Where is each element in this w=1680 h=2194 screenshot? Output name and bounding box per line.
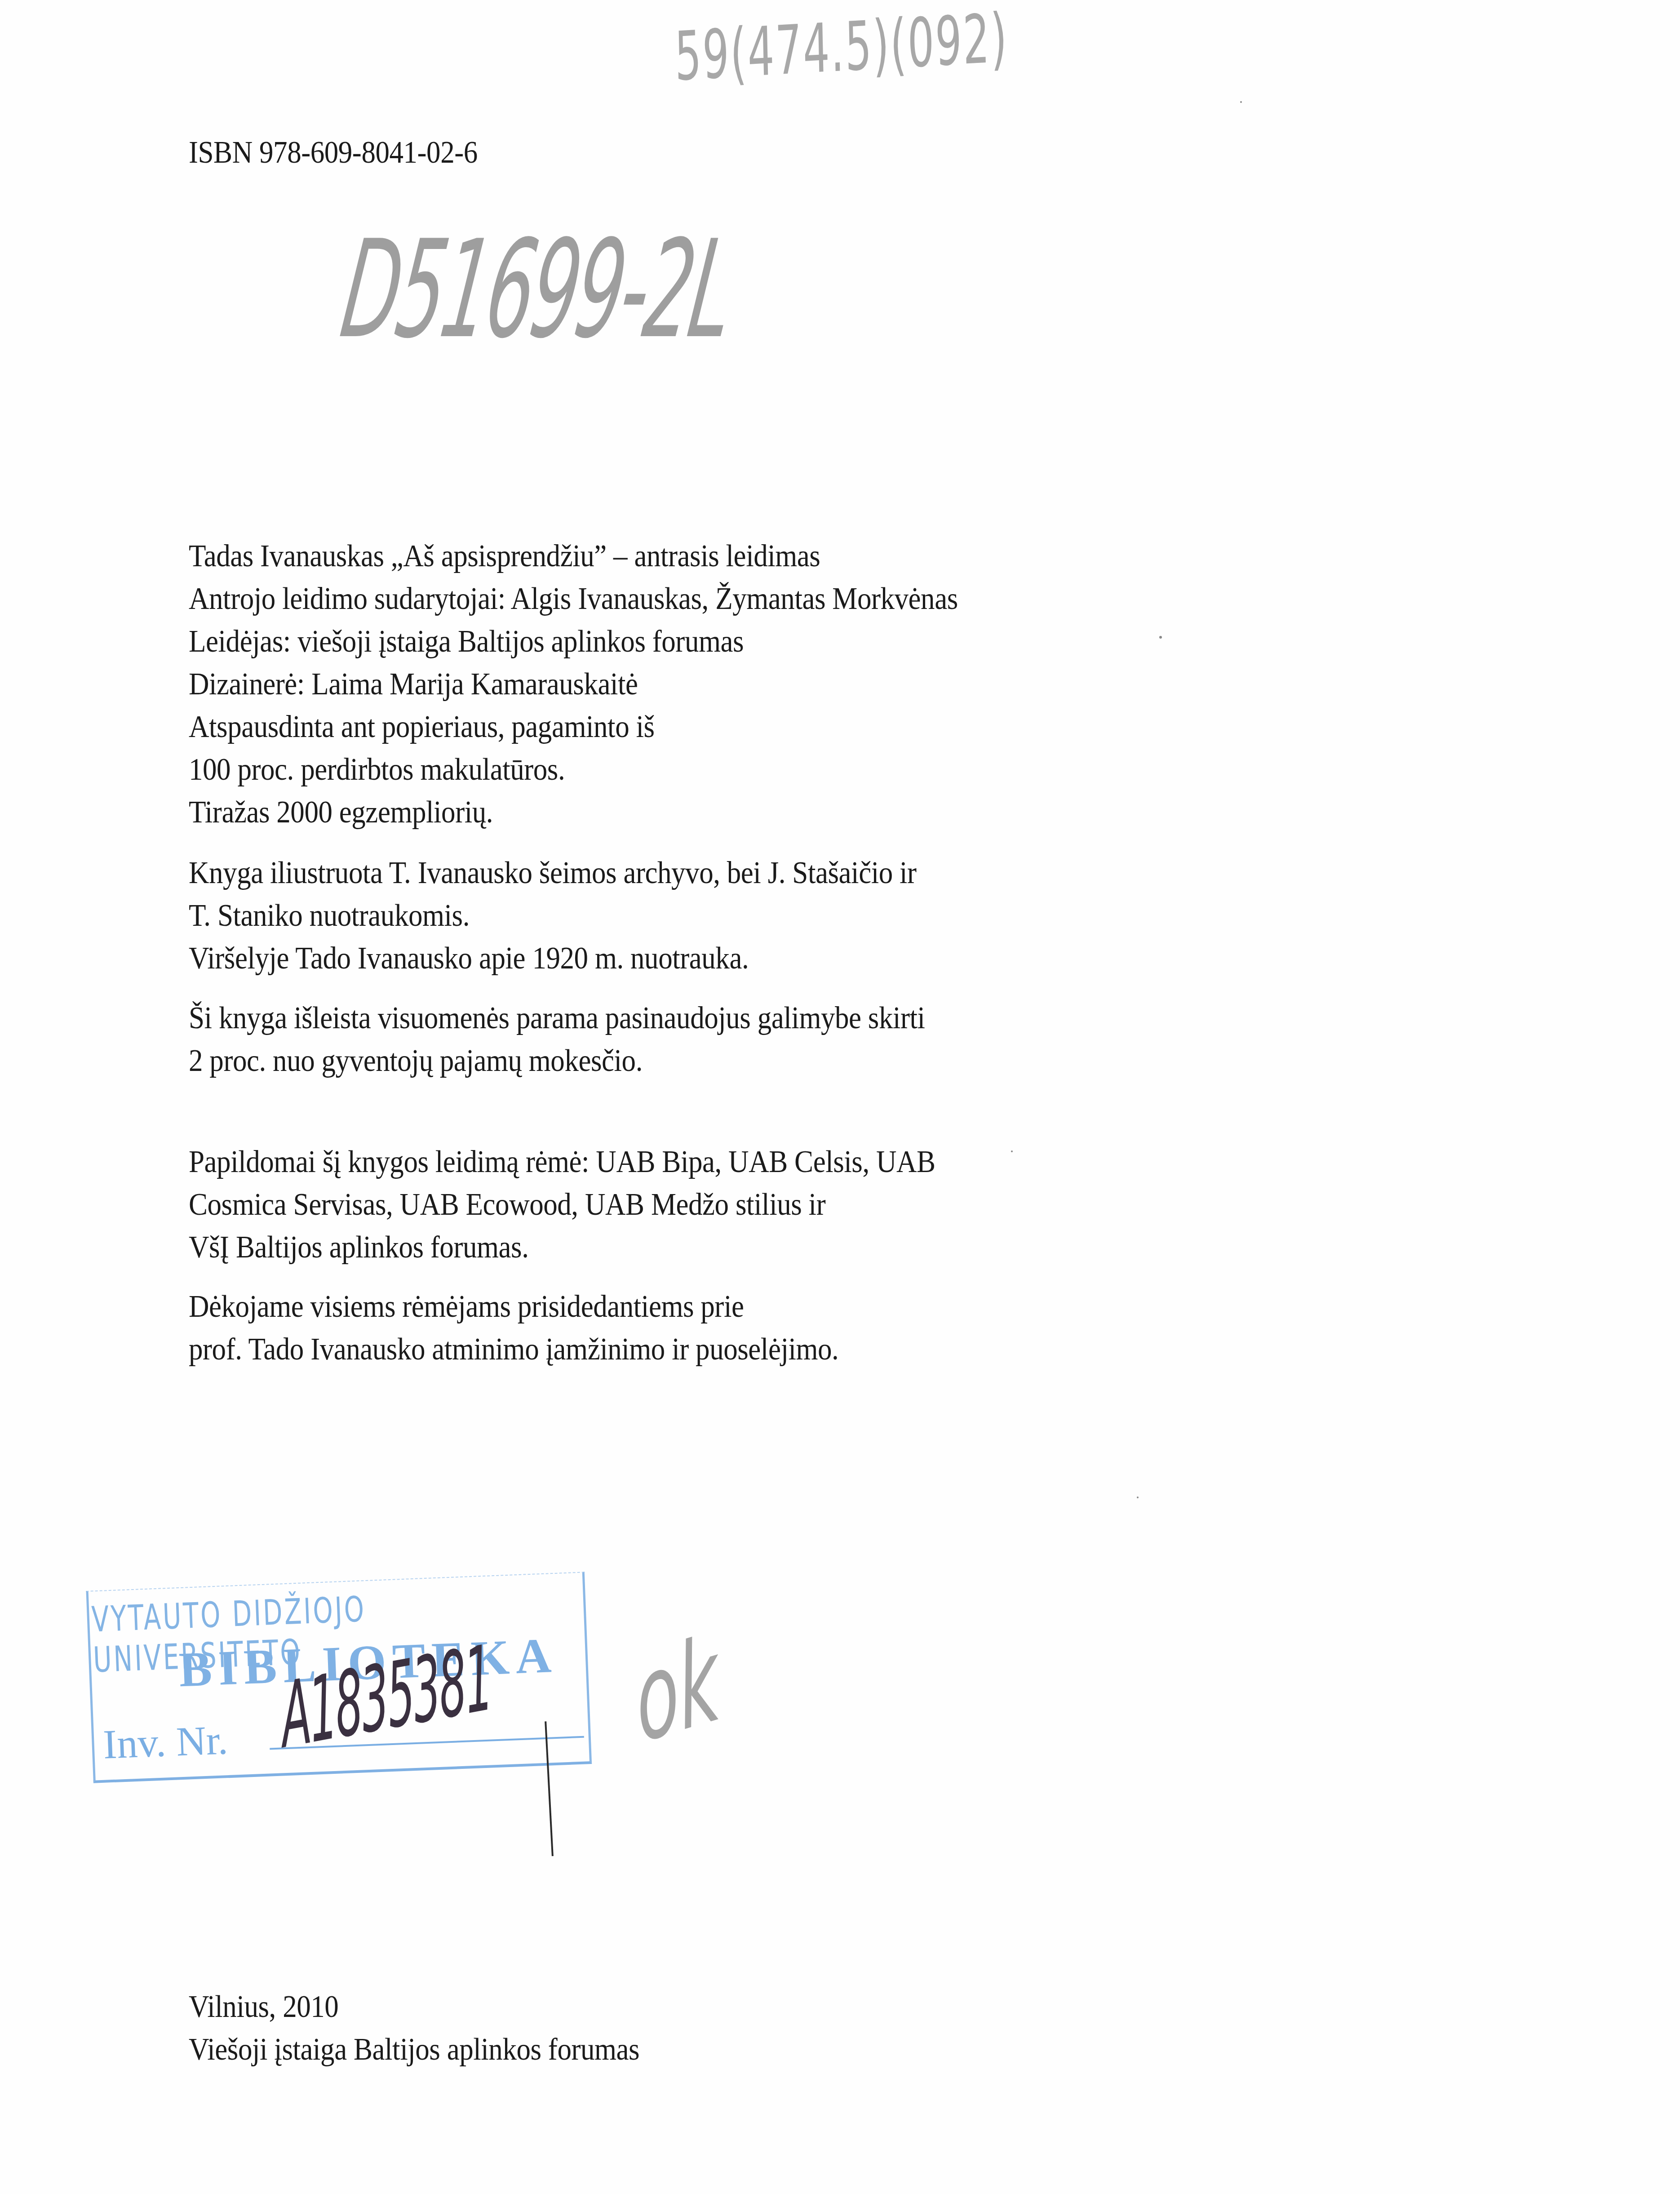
- credits-line: Antrojo leidimo sudarytojai: Algis Ivana…: [189, 577, 958, 620]
- credits-line: Leidėjas: viešoji įstaiga Baltijos aplin…: [189, 620, 958, 663]
- handwritten-initials: ok: [629, 1612, 725, 1769]
- funding-block: Ši knyga išleista visuomenės parama pasi…: [189, 997, 925, 1082]
- scan-speck: [1159, 636, 1162, 639]
- handwritten-classification-mark: 59(474.5)(092): [674, 0, 1009, 96]
- document-page: 59(474.5)(092) ISBN 978-609-8041-02-6 D5…: [0, 0, 1680, 2194]
- scan-speck: [1240, 101, 1242, 103]
- illustrations-line: Knyga iliustruota T. Ivanausko šeimos ar…: [189, 852, 917, 894]
- sponsors-line: VšĮ Baltijos aplinkos forumas.: [189, 1226, 935, 1269]
- credits-line: Tiražas 2000 egzempliorių.: [189, 791, 958, 834]
- sponsors-line: Papildomai šį knygos leidimą rėmė: UAB B…: [189, 1141, 935, 1183]
- thanks-line: prof. Tado Ivanausko atminimo įamžinimo …: [189, 1328, 838, 1371]
- library-stamp: VYTAUTO DIDŽIOJO UNIVERSITETO BIBLIOTEKA…: [85, 1554, 596, 1784]
- sponsors-block: Papildomai šį knygos leidimą rėmė: UAB B…: [189, 1141, 935, 1269]
- credits-line: Dizainerė: Laima Marija Kamarauskaitė: [189, 663, 958, 706]
- publisher-name: Viešoji įstaiga Baltijos aplinkos foruma…: [189, 2028, 639, 2071]
- thanks-line: Dėkojame visiems rėmėjams prisidedantiem…: [189, 1285, 838, 1328]
- stamp-inventory-label: Inv. Nr.: [102, 1716, 229, 1768]
- credits-line: 100 proc. perdirbtos makulatūros.: [189, 748, 958, 791]
- illustrations-block: Knyga iliustruota T. Ivanausko šeimos ar…: [189, 852, 917, 980]
- thanks-block: Dėkojame visiems rėmėjams prisidedantiem…: [189, 1285, 838, 1371]
- imprint-footer: Vilnius, 2010 Viešoji įstaiga Baltijos a…: [189, 1985, 639, 2071]
- isbn: ISBN 978-609-8041-02-6: [189, 131, 478, 174]
- credits-line: Atspausdinta ant popieriaus, pagaminto i…: [189, 706, 958, 748]
- scan-speck: [1137, 1497, 1139, 1498]
- illustrations-line: Viršelyje Tado Ivanausko apie 1920 m. nu…: [189, 937, 917, 980]
- credits-line: Tadas Ivanauskas „Aš apsisprendžiu” – an…: [189, 535, 958, 577]
- handwritten-call-number: D51699-2L: [333, 211, 741, 368]
- illustrations-line: T. Staniko nuotraukomis.: [189, 894, 917, 937]
- credits-block: Tadas Ivanauskas „Aš apsisprendžiu” – an…: [189, 535, 958, 834]
- sponsors-line: Cosmica Servisas, UAB Ecowood, UAB Medžo…: [189, 1183, 935, 1226]
- funding-line: 2 proc. nuo gyventojų pajamų mokesčio.: [189, 1039, 925, 1082]
- place-year: Vilnius, 2010: [189, 1985, 639, 2028]
- funding-line: Ši knyga išleista visuomenės parama pasi…: [189, 997, 925, 1039]
- scan-speck: [1011, 1150, 1013, 1152]
